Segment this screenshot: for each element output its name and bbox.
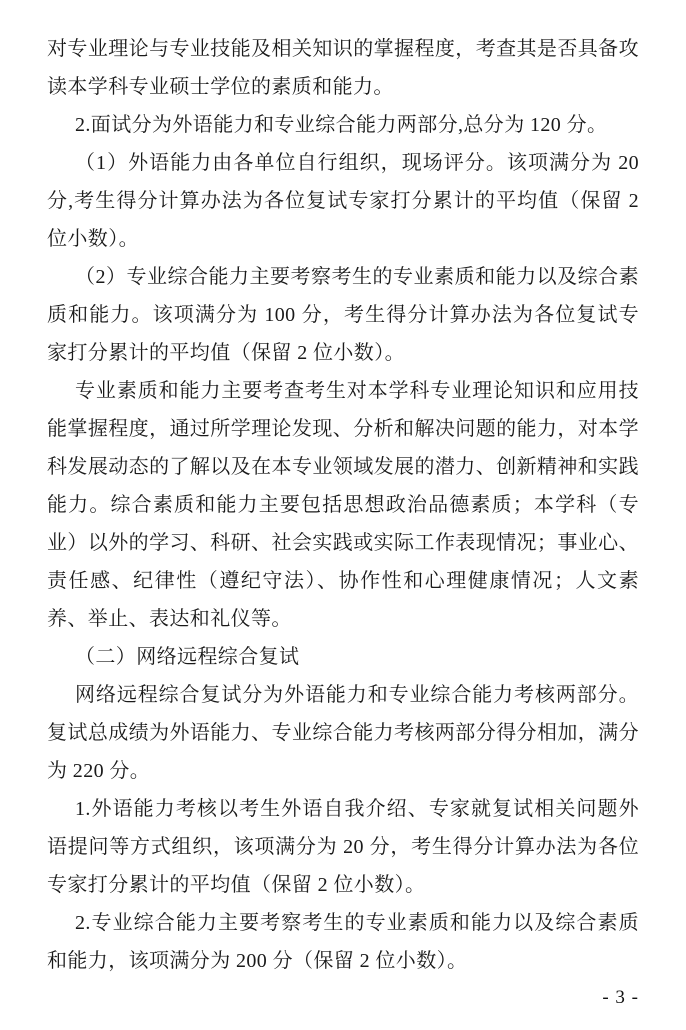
paragraph-professional-ability-onsite: （2）专业综合能力主要考察考生的专业素质和能力以及综合素质和能力。该项满分为 1… — [47, 258, 639, 372]
paragraph-continuation: 对专业理论与专业技能及相关知识的掌握程度，考查其是否具备攻读本学科专业硕士学位的… — [47, 30, 639, 106]
paragraph-quality-description: 专业素质和能力主要考查考生对本学科专业理论知识和应用技能掌握程度，通过所学理论发… — [47, 372, 639, 638]
paragraph-interview-total: 2.面试分为外语能力和专业综合能力两部分,总分为 120 分。 — [47, 106, 639, 144]
paragraph-remote-total: 网络远程综合复试分为外语能力和专业综合能力考核两部分。复试总成绩为外语能力、专业… — [47, 676, 639, 790]
paragraph-section-heading-remote: （二）网络远程综合复试 — [47, 638, 639, 676]
page-number: - 3 - — [602, 988, 639, 1008]
paragraph-foreign-language-remote: 1.外语能力考核以考生外语自我介绍、专家就复试相关问题外语提问等方式组织，该项满… — [47, 790, 639, 904]
document-page: 对专业理论与专业技能及相关知识的掌握程度，考查其是否具备攻读本学科专业硕士学位的… — [0, 0, 686, 1030]
document-body: 对专业理论与专业技能及相关知识的掌握程度，考查其是否具备攻读本学科专业硕士学位的… — [47, 30, 639, 980]
paragraph-professional-ability-remote: 2.专业综合能力主要考察考生的专业素质和能力以及综合素质和能力，该项满分为 20… — [47, 904, 639, 980]
paragraph-foreign-language-onsite: （1）外语能力由各单位自行组织，现场评分。该项满分为 20 分,考生得分计算办法… — [47, 144, 639, 258]
